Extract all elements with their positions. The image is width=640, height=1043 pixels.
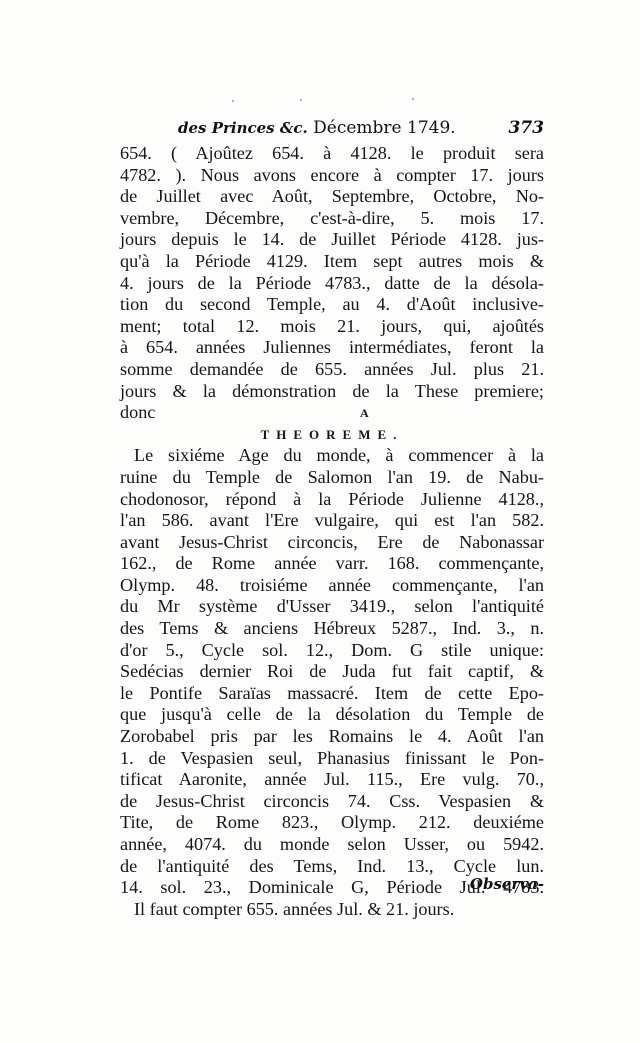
paper-speck (300, 99, 302, 101)
text-line: 162., de Rome année varr. 168. commençan… (120, 553, 544, 575)
text-line: 4782. ). Nous avons encore à compter 17.… (120, 165, 544, 187)
book-page: des Princes &c. Décembre 1749. 373 654. … (0, 0, 640, 1043)
text-line: ment; total 12. mois 21. jours, qui, ajo… (120, 316, 544, 338)
running-head-title: des Princes &c. Décembre 1749. (178, 118, 456, 138)
catchword-observa: Observa- (470, 875, 544, 893)
page-number: 373 (509, 118, 545, 138)
text-line: 4. jours de la Période 4783., datte de l… (120, 273, 544, 295)
text-line: 654. ( Ajoûtez 654. à 4128. le produit s… (120, 143, 544, 165)
text-line: de l'antiquité des Tems, Ind. 13., Cycle… (120, 856, 544, 878)
paper-speck (232, 100, 234, 102)
text-line: somme demandée de 655. années Jul. plus … (120, 359, 544, 381)
text-line: Zorobabel pris par les Romains le 4. Aoû… (120, 726, 544, 748)
text-line: à 654. années Juliennes intermédiates, f… (120, 337, 544, 359)
running-head-italic: des Princes &c. (178, 119, 308, 137)
text-line: Il faut compter 655. années Jul. & 21. j… (120, 899, 544, 921)
text-line: 1. de Vespasien seul, Phanasius finissan… (120, 748, 544, 770)
text-line-donc: donc A (120, 402, 544, 424)
text-line: Tite, de Rome 823., Olymp. 212. deuxiéme (120, 812, 544, 834)
text-line: tion du second Temple, au 4. d'Août incl… (120, 294, 544, 316)
text-line: le Pontife Saraïas massacré. Item de cet… (120, 683, 544, 705)
text-line: tificat Aaronite, année Jul. 115., Ere v… (120, 769, 544, 791)
paragraph-1: 654. ( Ajoûtez 654. à 4128. le produit s… (120, 143, 544, 424)
text-line: chodonosor, répond à la Période Julienne… (120, 489, 544, 511)
text-line: d'or 5., Cycle sol. 12., Dom. G stile un… (120, 640, 544, 662)
running-head-date: Décembre 1749. (313, 118, 456, 138)
paragraph-2: Le sixiéme Age du monde, à commencer à l… (120, 445, 544, 920)
body-text: 654. ( Ajoûtez 654. à 4128. le produit s… (120, 143, 544, 920)
text-line: ruine du Temple de Salomon l'an 19. de N… (120, 467, 544, 489)
text-line: vembre, Décembre, c'est-à-dire, 5. mois … (120, 208, 544, 230)
text-line-word: donc (120, 402, 155, 422)
text-line: des Tems & anciens Hébreux 5287., Ind. 3… (120, 618, 544, 640)
paper-speck (412, 98, 414, 100)
text-line: année, 4074. du monde selon Usser, ou 59… (120, 834, 544, 856)
text-line: avant Jesus-Christ circoncis, Ere de Nab… (120, 532, 544, 554)
text-line: jours & la démonstration de la These pre… (120, 381, 544, 403)
text-line: l'an 586. avant l'Ere vulgaire, qui est … (120, 510, 544, 532)
text-line: de Juillet avec Août, Septembre, Octobre… (120, 186, 544, 208)
section-heading: THEOREME. (120, 424, 544, 446)
text-line: qu'à la Période 4129. Item sept autres m… (120, 251, 544, 273)
text-line: Olymp. 48. troisiéme année commençante, … (120, 575, 544, 597)
running-head: des Princes &c. Décembre 1749. 373 (120, 118, 544, 140)
paper-speck (392, 904, 394, 906)
text-line: jours depuis le 14. de Juillet Période 4… (120, 229, 544, 251)
text-line: Sedécias dernier Roi de Juda fut fait ca… (120, 661, 544, 683)
catchword-a: A (360, 403, 369, 425)
text-line: du Mr système d'Usser 3419., selon l'ant… (120, 596, 544, 618)
text-line: Le sixiéme Age du monde, à commencer à l… (120, 445, 544, 467)
text-line: de Jesus-Christ circoncis 74. Css. Vespa… (120, 791, 544, 813)
text-line: que jusqu'à celle de la désolation du Te… (120, 704, 544, 726)
